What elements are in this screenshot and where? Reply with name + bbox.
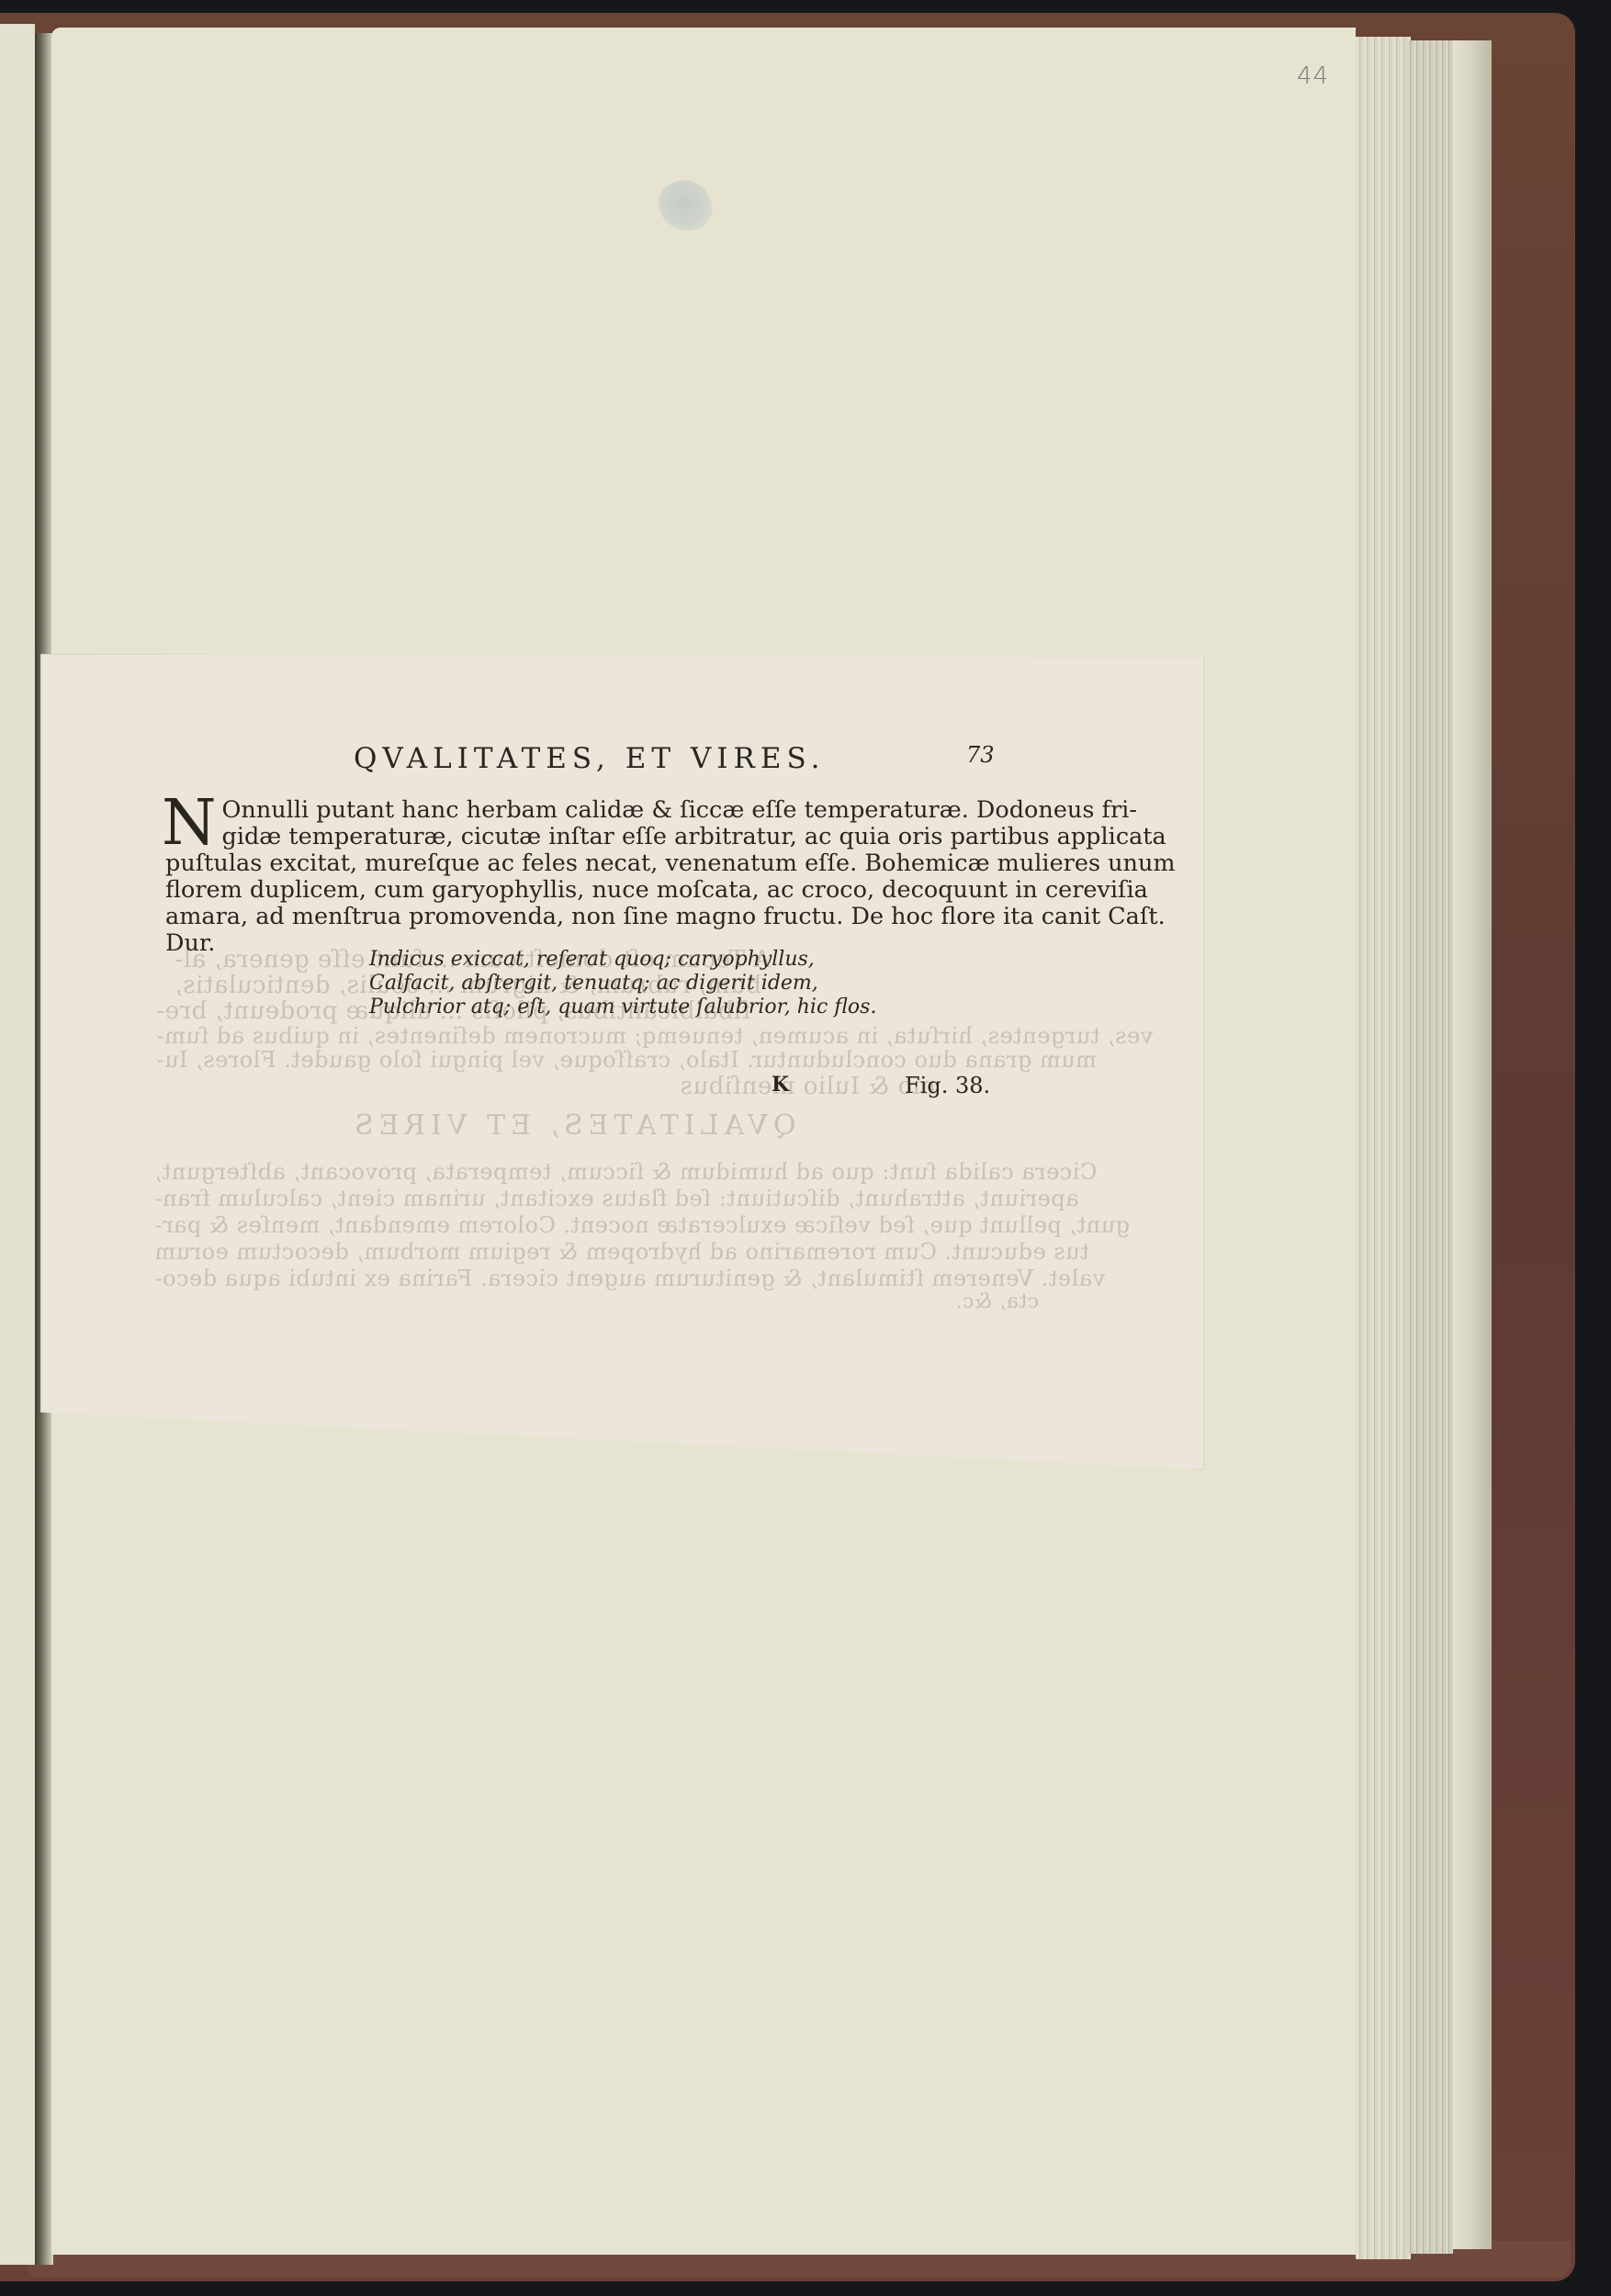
paragraph-line: puſtulas excitat, mureſque ac feles neca…	[165, 850, 992, 877]
page-stack-outer	[1407, 40, 1453, 2254]
bleed-through-title: QVALITATES, ET VIRES	[349, 1109, 796, 1142]
verse-quote: Indicus exiccat, reſerat quoq; caryophyl…	[369, 948, 876, 1019]
figure-label: Fig. 38.	[905, 1073, 990, 1098]
verse-line: Pulchrior atq; eſt, quam virtute ſalubri…	[369, 996, 876, 1019]
section-heading: QVALITATES, ET VIRES.	[354, 742, 826, 775]
body-paragraph: N Onnulli putant hanc herbam calidæ & ſi…	[165, 797, 992, 957]
left-page-edge	[0, 24, 35, 2265]
page-stack-inner	[1356, 37, 1411, 2259]
drop-cap: N	[162, 797, 217, 850]
signature-mark: K	[772, 1073, 789, 1097]
leaf-edge	[1453, 40, 1492, 2249]
paragraph-line: florem duplicem, cum garyophyllis, nuce …	[165, 877, 992, 904]
paragraph-line: amara, ad menſtrua promovenda, non ſine …	[165, 904, 992, 930]
page-number: 73	[966, 742, 995, 768]
paragraph-line: Onnulli putant hanc herbam calidæ & ſicc…	[165, 797, 992, 824]
verse-line: Indicus exiccat, reſerat quoq; caryophyl…	[369, 948, 876, 972]
verse-line: Calfacit, abſtergit, tenuatq; ac digerit…	[369, 972, 876, 996]
folio-annotation: 44	[1297, 62, 1329, 90]
paragraph-line: gidæ temperaturæ, cicutæ inſtar eſſe arb…	[165, 824, 992, 850]
